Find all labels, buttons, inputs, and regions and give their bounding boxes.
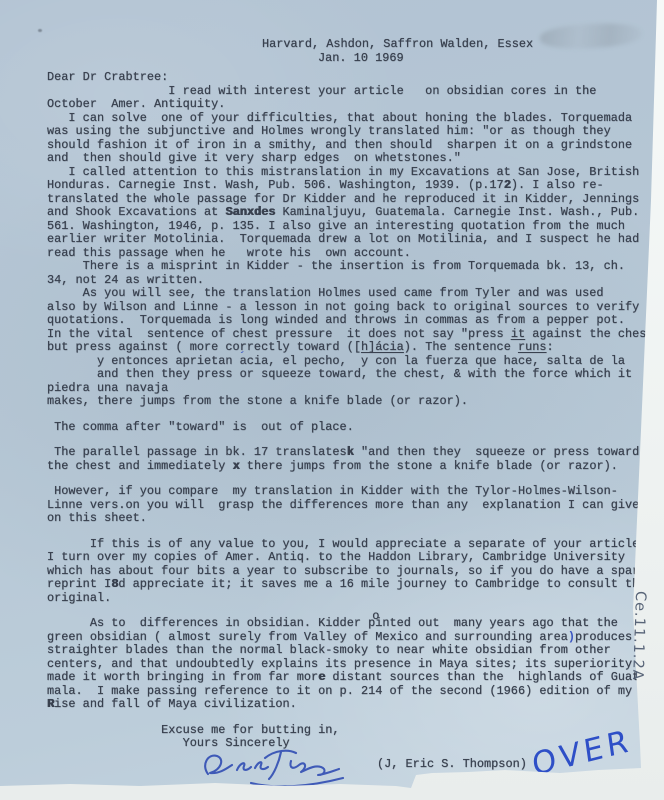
letter-line: green obsidian ( almost surely from Vall… xyxy=(47,631,653,645)
paragraph-comparison: However, if you compare my translation i… xyxy=(47,485,653,526)
letter-line: I turn over my copies of Amer. Antiq. to… xyxy=(47,551,653,565)
letterhead-address: Harvard, Ashdon, Saffron Walden, Essex xyxy=(262,37,533,51)
letter-line: As to differences in obsidian. Kidder po… xyxy=(47,617,653,631)
letter-line: Rise and fall of Maya civilization. xyxy=(47,698,653,712)
over-annotation-comma: , xyxy=(626,751,639,782)
letter-line: The parallel passage in bk. 17 translate… xyxy=(47,446,653,460)
scanned-letter-page: Harvard, Ashdon, Saffron Walden, Essex J… xyxy=(0,0,664,800)
letter-line: y entonces aprietan ´acia, el pecho, y c… xyxy=(47,355,653,369)
letter-line: also by Wilson and Linne - a lesson in n… xyxy=(47,301,653,315)
signature-handwriting xyxy=(193,745,351,793)
letter-line: Linne vers.on you will grasp the differe… xyxy=(47,499,653,513)
letter-line: As you will see, the translation Holmes … xyxy=(47,287,653,301)
paragraph-obsidian-differences: As to differences in obsidian. Kidder po… xyxy=(47,617,653,712)
letter-line: In the vital sentence of chest pressure … xyxy=(47,328,653,342)
paragraph-reprint-request: If this is of any value to you, I would … xyxy=(47,538,653,606)
letter-line: centers, and that undoubtedly explains i… xyxy=(47,658,653,672)
letter-line: straighter blades than the normal black-… xyxy=(47,644,653,658)
over-underline-stroke xyxy=(553,771,618,787)
archive-code: Ce.11.1.2A xyxy=(628,591,648,711)
letter-line: Dear Dr Crabtree: xyxy=(47,71,653,85)
pencil-smudge xyxy=(539,21,642,50)
letter-paper: Harvard, Ashdon, Saffron Walden, Essex J… xyxy=(0,0,660,792)
letter-line: piedra una navaja xyxy=(47,382,653,396)
letter-line: reprint I8d appreciate it; it saves me a… xyxy=(47,578,653,592)
letter-line: 34, not 24 as written. xyxy=(47,274,653,288)
letter-line: quotations. Torquemada is long winded an… xyxy=(47,314,653,328)
letter-line: However, if you compare my translation i… xyxy=(47,485,653,499)
letter-body: Dear Dr Crabtree: I read with interest y… xyxy=(47,71,653,751)
letter-line: The comma after "toward" is out of place… xyxy=(47,421,653,435)
paragraph-comma-note: The comma after "toward" is out of place… xyxy=(47,421,653,435)
letter-line: on this sheet. xyxy=(47,512,653,526)
letter-line: the chest and immediately x there jumps … xyxy=(47,460,653,474)
letter-line: earlier writer Motolinia. Torquemada dre… xyxy=(47,233,653,247)
letter-line: There is a misprint in Kidder - the inse… xyxy=(47,260,653,274)
letterhead-date: Jan. 10 1969 xyxy=(318,51,404,65)
over-annotation: OVER , xyxy=(527,733,647,793)
letter-line: was using the subjunctive and Holmes wro… xyxy=(47,125,653,139)
letter-line: which has about four bits a year to subs… xyxy=(47,565,653,579)
letter-line: If this is of any value to you, I would … xyxy=(47,538,653,552)
letter-line: 561. Washington, 1946, p. 135. I also gi… xyxy=(47,220,653,234)
letter-line: I called attention to this mistranslatio… xyxy=(47,166,653,180)
letter-line: should fashion it of iron in a smithy, a… xyxy=(47,139,653,153)
letter-line: but press against ( more correctly towar… xyxy=(47,341,653,355)
letter-line: and then should give it very sharp edges… xyxy=(47,152,653,166)
letter-line: and Shook Excavations at Sanxdes Kaminal… xyxy=(47,206,653,220)
letter-line: translated the whole passage for Dr Kidd… xyxy=(47,193,653,207)
paper-speck xyxy=(38,29,42,32)
letter-line: mala. I make passing reference to it on … xyxy=(47,685,653,699)
letter-line: original. xyxy=(47,592,653,606)
letter-line: made it worth bringing in from far more … xyxy=(47,671,653,685)
letter-line: I can solve one of your difficulties, th… xyxy=(47,112,653,126)
letter-line: Honduras. Carnegie Inst. Wash, Pub. 506.… xyxy=(47,179,653,193)
letter-line: read this passage when he wrote his own … xyxy=(47,247,653,261)
letter-line: I read with interest your article on obs… xyxy=(47,85,653,99)
letter-line: makes, there jumps from the stone a knif… xyxy=(47,395,653,409)
paragraph-parallel-passage: The parallel passage in bk. 17 translate… xyxy=(47,446,653,473)
paragraph-intro: Dear Dr Crabtree: I read with interest y… xyxy=(47,71,653,409)
letter-line: and then they press or squeeze toward, t… xyxy=(47,368,653,382)
letter-line: October Amer. Antiquity. xyxy=(47,98,653,112)
typed-name: (J, Eric S. Thompson) xyxy=(377,757,527,771)
